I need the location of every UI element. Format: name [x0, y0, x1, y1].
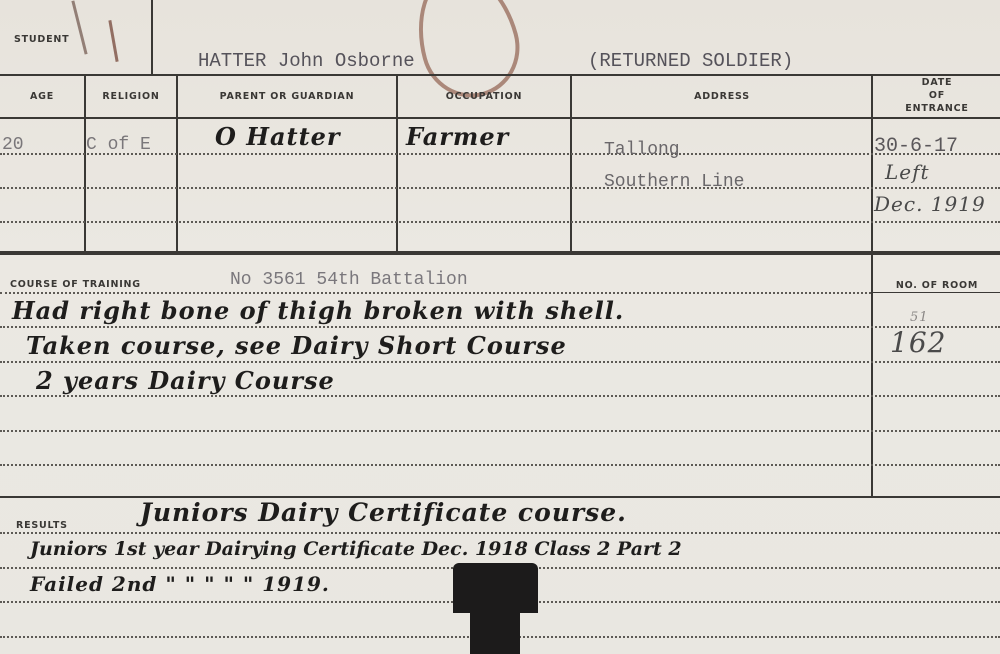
address-line1: Tallong [604, 140, 680, 160]
course-label: COURSE OF TRAINING [10, 278, 141, 291]
room-value-top: 51 [910, 310, 929, 325]
column-divider [570, 74, 572, 252]
divider [0, 117, 1000, 119]
results-line: Juniors Dairy Certificate course. [140, 498, 627, 527]
results-line: Juniors 1st year Dairying Certificate De… [30, 538, 682, 560]
dotted-rule [0, 187, 1000, 189]
results-line: Failed 2nd " " " " " 1919. [30, 572, 330, 596]
header-parent: PARENT OR GUARDIAN [178, 90, 396, 103]
student-name: HATTER John Osborne [198, 50, 415, 72]
course-note-line: 2 years Dairy Course [36, 366, 335, 395]
dotted-rule [0, 464, 1000, 466]
date-entrance-value: 30-6-17 [874, 135, 958, 158]
header-address: ADDRESS [572, 90, 872, 103]
dotted-rule [0, 532, 1000, 534]
dotted-rule [0, 395, 1000, 397]
stain-streak [71, 0, 87, 54]
student-label: STUDENT [14, 33, 69, 46]
age-value: 20 [2, 135, 24, 155]
header-religion: RELIGION [86, 90, 176, 103]
divider [871, 292, 1000, 293]
column-divider [871, 74, 873, 252]
header-occupation: OCCUPATION [398, 90, 570, 103]
parent-value: O Hatter [215, 122, 341, 151]
course-note-line: Had right bone of thigh broken with shel… [12, 296, 624, 325]
student-record-card: STUDENT HATTER John Osborne (RETURNED SO… [0, 0, 1000, 654]
date-left-value: Dec. 1919 [874, 192, 986, 216]
column-divider [176, 74, 178, 252]
divider [0, 251, 1000, 255]
course-typed: No 3561 54th Battalion [230, 270, 468, 290]
stain-streak [108, 20, 118, 62]
dotted-rule [0, 430, 1000, 432]
address-line2: Southern Line [604, 172, 744, 192]
room-value: 162 [890, 326, 946, 359]
header-date-entrance: DATE OF ENTRANCE [874, 76, 1000, 115]
student-note: (RETURNED SOLDIER) [588, 50, 793, 72]
date-left-label: Left [885, 160, 930, 184]
divider [151, 0, 153, 74]
dotted-rule [0, 326, 1000, 328]
dotted-rule [0, 221, 1000, 223]
header-age: AGE [0, 90, 84, 103]
course-note-line: Taken course, see Dairy Short Course [26, 331, 567, 360]
dotted-rule [0, 292, 871, 294]
column-divider [84, 74, 86, 252]
results-label: RESULTS [16, 519, 68, 532]
room-label: NO. OF ROOM [874, 279, 1000, 292]
religion-value: C of E [86, 135, 151, 155]
dotted-rule [0, 361, 1000, 363]
column-divider [396, 74, 398, 252]
occupation-value: Farmer [406, 122, 509, 151]
filing-tab-cutout [470, 600, 520, 654]
divider [0, 74, 1000, 76]
